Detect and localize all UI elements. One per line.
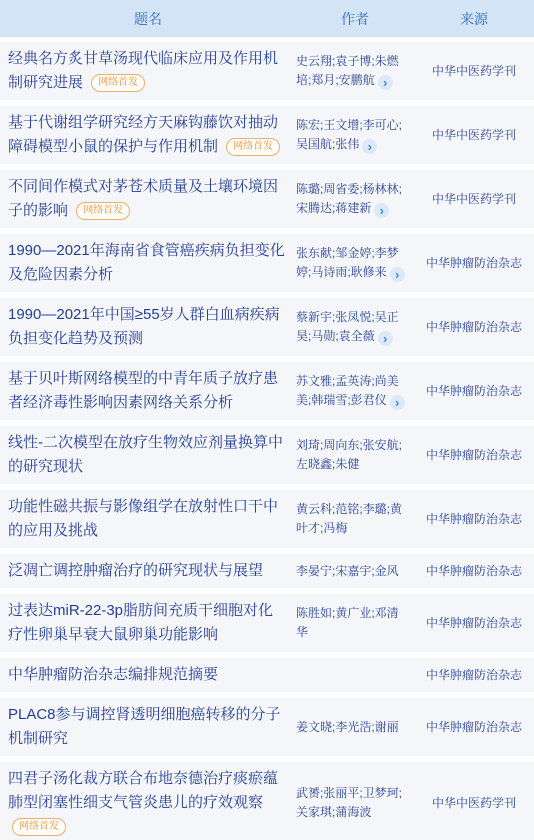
article-title-link[interactable]: 线性-二次模型在放疗生物效应剂量换算中的研究现状 xyxy=(8,434,283,475)
online-first-badge: 网络首发 xyxy=(226,138,280,156)
article-source-link[interactable]: 中华中医药学刊 xyxy=(414,127,534,144)
article-authors[interactable]: 武赟;张丽平;卫梦珂;关家琪;蒲海波 xyxy=(296,784,414,822)
article-row[interactable]: 1990—2021年海南省食管癌疾病负担变化及危险因素分析 张东献;邹金婷;李梦… xyxy=(0,234,534,292)
expand-authors-icon[interactable]: › xyxy=(378,331,393,346)
column-header-authors: 作者 xyxy=(296,9,414,29)
article-title-cell: 过表达miR-22-3p脂肪间充质干细胞对化疗性卵巢早衰大鼠卵巢功能影响 xyxy=(0,599,296,647)
article-title-link[interactable]: 1990—2021年海南省食管癌疾病负担变化及危险因素分析 xyxy=(8,242,285,283)
article-authors[interactable]: 陈宏;王文增;李可心;吴国航;张伟› xyxy=(296,116,414,154)
article-authors[interactable]: 蔡新宇;张凤悦;吴正昊;马勋;袁全薇› xyxy=(296,308,414,346)
article-title-link[interactable]: PLAC8参与调控肾透明细胞癌转移的分子机制研究 xyxy=(8,706,281,747)
article-title-link[interactable]: 基于贝叶斯网络模型的中青年质子放疗患者经济毒性影响因素网络关系分析 xyxy=(8,370,278,411)
article-source-link[interactable]: 中华中医药学刊 xyxy=(414,795,534,812)
article-row[interactable]: 功能性磁共振与影像组学在放射性口干中的应用及挑战 黄云科;范铭;李璐;黄叶才;冯… xyxy=(0,490,534,548)
expand-authors-icon[interactable]: › xyxy=(390,395,405,410)
article-title-cell: 1990—2021年中国≥55岁人群白血病疾病负担变化趋势及预测 xyxy=(0,303,296,351)
article-row[interactable]: 泛凋亡调控肿瘤治疗的研究现状与展望 李晏宁;宋嘉宇;金风 中华肿瘤防治杂志 xyxy=(0,554,534,588)
authors-text: 陈胜如;黄广业;邓清华 xyxy=(296,606,399,639)
column-header-title: 题名 xyxy=(0,9,296,29)
article-title-cell: 不同间作模式对茅苍术质量及土壤环境因子的影响 网络首发 xyxy=(0,175,296,223)
article-authors[interactable]: 陈璐;周省委;杨林林;宋腾达;蒋建新› xyxy=(296,180,414,218)
table-header: 题名 作者 来源 xyxy=(0,0,534,37)
article-title-link[interactable]: 四君子汤化裁方联合布地奈德治疗痰瘀蕴肺型闭塞性细支气管炎患儿的疗效观察 xyxy=(8,770,278,811)
article-row[interactable]: 基于贝叶斯网络模型的中青年质子放疗患者经济毒性影响因素网络关系分析 苏文雅;孟英… xyxy=(0,362,534,420)
article-source-link[interactable]: 中华肿瘤防治杂志 xyxy=(414,719,534,736)
article-list-table: 题名 作者 来源 经典名方炙甘草汤现代临床应用及作用机制研究进展 网络首发 史云… xyxy=(0,0,534,840)
article-title-link[interactable]: 1990—2021年中国≥55岁人群白血病疾病负担变化趋势及预测 xyxy=(8,306,280,347)
article-source-link[interactable]: 中华肿瘤防治杂志 xyxy=(414,447,534,464)
online-first-badge: 网络首发 xyxy=(76,202,130,220)
authors-text: 张东献;邹金婷;李梦婷;马诗雨;耿修来 xyxy=(296,246,399,279)
article-source-link[interactable]: 中华肿瘤防治杂志 xyxy=(414,383,534,400)
article-source-link[interactable]: 中华中医药学刊 xyxy=(414,63,534,80)
article-authors[interactable]: 黄云科;范铭;李璐;黄叶才;冯梅 xyxy=(296,500,414,538)
article-authors[interactable]: 史云翔;袁子博;朱燃培;郑月;安鹏航› xyxy=(296,52,414,90)
article-title-cell: 中华肿瘤防治杂志编排规范摘要 xyxy=(0,663,296,687)
article-title-cell: 四君子汤化裁方联合布地奈德治疗痰瘀蕴肺型闭塞性细支气管炎患儿的疗效观察 网络首发 xyxy=(0,767,296,839)
article-title-cell: 基于贝叶斯网络模型的中青年质子放疗患者经济毒性影响因素网络关系分析 xyxy=(0,367,296,415)
article-title-link[interactable]: 功能性磁共振与影像组学在放射性口干中的应用及挑战 xyxy=(8,498,278,539)
article-title-link[interactable]: 中华肿瘤防治杂志编排规范摘要 xyxy=(8,666,218,683)
expand-authors-icon[interactable]: › xyxy=(378,75,393,90)
online-first-badge: 网络首发 xyxy=(91,74,145,92)
article-source-link[interactable]: 中华中医药学刊 xyxy=(414,191,534,208)
article-row[interactable]: 1990—2021年中国≥55岁人群白血病疾病负担变化趋势及预测 蔡新宇;张凤悦… xyxy=(0,298,534,356)
article-title-link[interactable]: 泛凋亡调控肿瘤治疗的研究现状与展望 xyxy=(8,562,263,579)
article-title-cell: PLAC8参与调控肾透明细胞癌转移的分子机制研究 xyxy=(0,703,296,751)
authors-text: 苏文雅;孟英涛;尚美美;韩瑞雪;彭君仪 xyxy=(296,374,399,407)
article-row[interactable]: 中华肿瘤防治杂志编排规范摘要 中华肿瘤防治杂志 xyxy=(0,658,534,692)
article-row[interactable]: 不同间作模式对茅苍术质量及土壤环境因子的影响 网络首发 陈璐;周省委;杨林林;宋… xyxy=(0,170,534,228)
authors-text: 陈宏;王文增;李可心;吴国航;张伟 xyxy=(296,118,402,151)
expand-authors-icon[interactable]: › xyxy=(374,203,389,218)
article-source-link[interactable]: 中华肿瘤防治杂志 xyxy=(414,319,534,336)
article-title-link[interactable]: 不同间作模式对茅苍术质量及土壤环境因子的影响 xyxy=(8,178,278,219)
column-header-source: 来源 xyxy=(414,9,534,29)
article-title-cell: 1990—2021年海南省食管癌疾病负担变化及危险因素分析 xyxy=(0,239,296,287)
article-authors[interactable]: 姜文晓;李光浩;谢丽 xyxy=(296,718,414,737)
article-source-link[interactable]: 中华肿瘤防治杂志 xyxy=(414,563,534,580)
article-title-cell: 经典名方炙甘草汤现代临床应用及作用机制研究进展 网络首发 xyxy=(0,47,296,95)
article-source-link[interactable]: 中华肿瘤防治杂志 xyxy=(414,511,534,528)
article-source-link[interactable]: 中华肿瘤防治杂志 xyxy=(414,255,534,272)
journal-article-list-page: { "header": { "title_col": "题名", "author… xyxy=(0,0,534,840)
article-row[interactable]: PLAC8参与调控肾透明细胞癌转移的分子机制研究 姜文晓;李光浩;谢丽 中华肿瘤… xyxy=(0,698,534,756)
article-row[interactable]: 线性-二次模型在放疗生物效应剂量换算中的研究现状 刘琦;周向东;张安航;左晓鑫;… xyxy=(0,426,534,484)
article-title-cell: 功能性磁共振与影像组学在放射性口干中的应用及挑战 xyxy=(0,495,296,543)
article-row[interactable]: 经典名方炙甘草汤现代临床应用及作用机制研究进展 网络首发 史云翔;袁子博;朱燃培… xyxy=(0,42,534,100)
article-row[interactable]: 过表达miR-22-3p脂肪间充质干细胞对化疗性卵巢早衰大鼠卵巢功能影响 陈胜如… xyxy=(0,594,534,652)
article-title-cell: 线性-二次模型在放疗生物效应剂量换算中的研究现状 xyxy=(0,431,296,479)
article-authors[interactable]: 张东献;邹金婷;李梦婷;马诗雨;耿修来› xyxy=(296,244,414,282)
article-authors[interactable]: 李晏宁;宋嘉宇;金风 xyxy=(296,562,414,581)
article-authors[interactable]: 刘琦;周向东;张安航;左晓鑫;朱健 xyxy=(296,436,414,474)
article-title-link[interactable]: 过表达miR-22-3p脂肪间充质干细胞对化疗性卵巢早衰大鼠卵巢功能影响 xyxy=(8,602,273,643)
article-row[interactable]: 基于代谢组学研究经方天麻钩藤饮对抽动障碍模型小鼠的保护与作用机制 网络首发 陈宏… xyxy=(0,106,534,164)
expand-authors-icon[interactable]: › xyxy=(362,139,377,154)
article-title-cell: 基于代谢组学研究经方天麻钩藤饮对抽动障碍模型小鼠的保护与作用机制 网络首发 xyxy=(0,111,296,159)
article-title-cell: 泛凋亡调控肿瘤治疗的研究现状与展望 xyxy=(0,559,296,583)
article-source-link[interactable]: 中华肿瘤防治杂志 xyxy=(414,667,534,684)
article-source-link[interactable]: 中华肿瘤防治杂志 xyxy=(414,615,534,632)
article-authors[interactable]: 苏文雅;孟英涛;尚美美;韩瑞雪;彭君仪› xyxy=(296,372,414,410)
authors-text: 刘琦;周向东;张安航;左晓鑫;朱健 xyxy=(296,438,402,471)
authors-text: 黄云科;范铭;李璐;黄叶才;冯梅 xyxy=(296,502,402,535)
authors-text: 姜文晓;李光浩;谢丽 xyxy=(296,720,399,734)
authors-text: 武赟;张丽平;卫梦珂;关家琪;蒲海波 xyxy=(296,786,402,819)
expand-authors-icon[interactable]: › xyxy=(390,267,405,282)
online-first-badge: 网络首发 xyxy=(12,818,66,836)
article-authors[interactable]: 陈胜如;黄广业;邓清华 xyxy=(296,604,414,642)
article-row[interactable]: 四君子汤化裁方联合布地奈德治疗痰瘀蕴肺型闭塞性细支气管炎患儿的疗效观察 网络首发… xyxy=(0,762,534,840)
authors-text: 李晏宁;宋嘉宇;金风 xyxy=(296,564,399,578)
